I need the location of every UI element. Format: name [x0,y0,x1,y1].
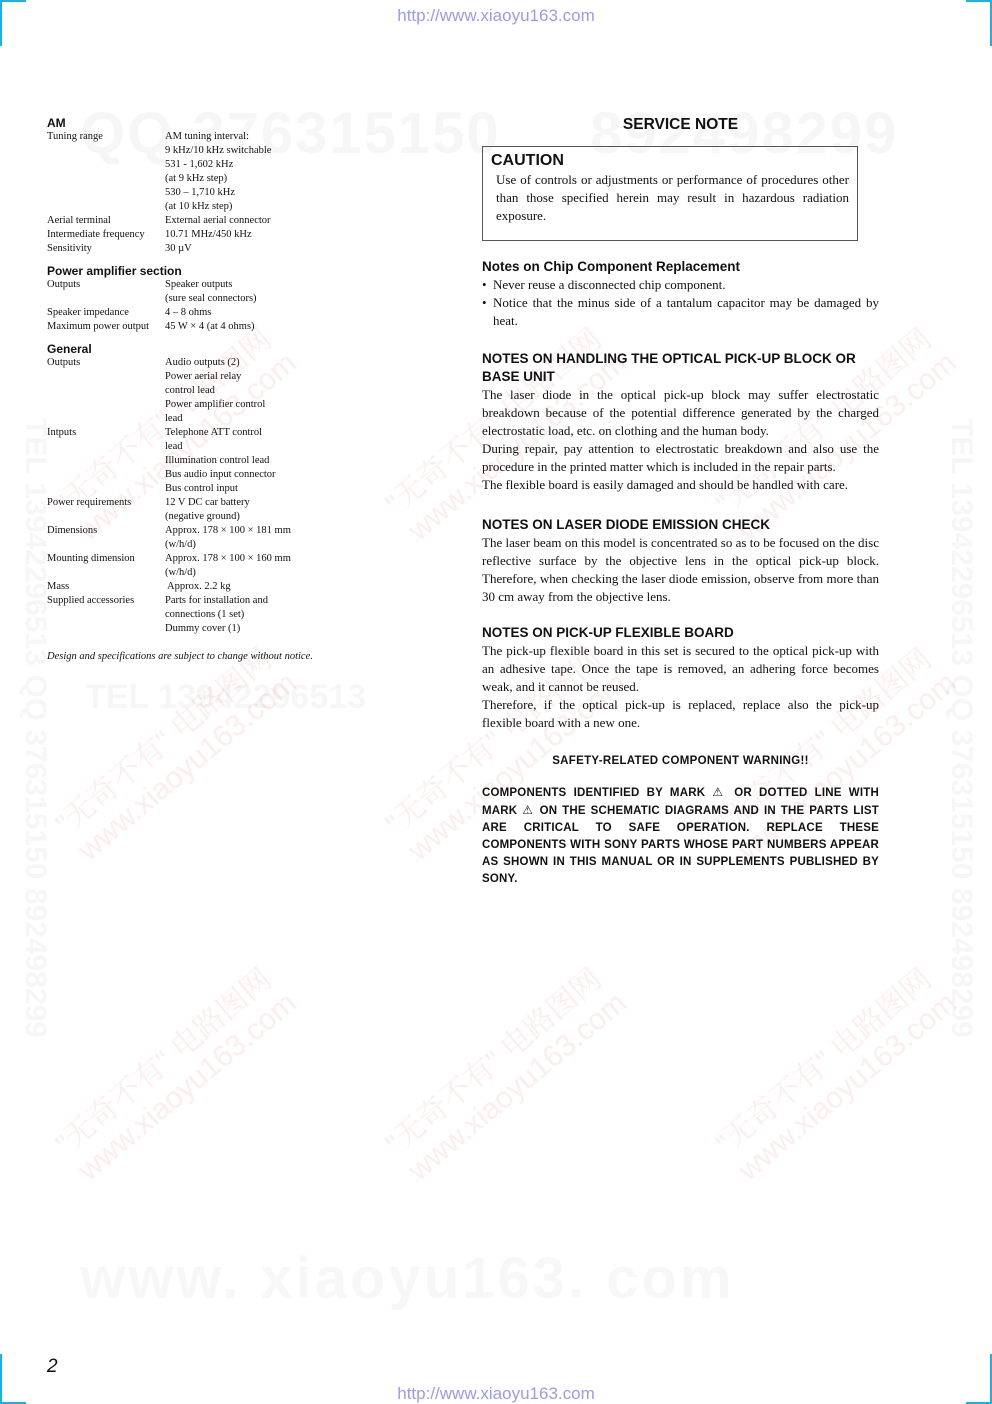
spec-row: Mass Approx. 2.2 kg [47,580,317,594]
caution-box: CAUTION Use of controls or adjustments o… [482,146,858,241]
spec-label: Aerial terminal [47,214,165,228]
safety-warning-title: SAFETY-RELATED COMPONENT WARNING!! [482,752,879,770]
caution-title: CAUTION [491,151,849,171]
warning-triangle-icon: ⚠ [522,803,534,817]
spec-label: Speaker impedance [47,306,165,320]
watermark-vertical-right: TEL 13942296513 QQ 376315150 892498299 [944,418,978,1038]
spec-value: Telephone ATT controlleadIllumination co… [165,426,317,496]
list-item: •Never reuse a disconnected chip compone… [482,276,879,294]
paragraph: Therefore, if the optical pick-up is rep… [482,696,879,732]
laser-check-section: NOTES ON LASER DIODE EMISSION CHECK The … [482,516,879,606]
spec-label: Maximum power output [47,320,165,334]
spec-section-heading: Power amplifier section [47,264,317,278]
spec-row: Maximum power output45 W × 4 (at 4 ohms) [47,320,317,334]
spec-value: 45 W × 4 (at 4 ohms) [165,320,317,334]
spec-value: External aerial connector [165,214,317,228]
caution-text: Use of controls or adjustments or perfor… [496,171,849,225]
chip-replacement-section: Notes on Chip Component Replacement •Nev… [482,258,879,330]
laser-check-heading: NOTES ON LASER DIODE EMISSION CHECK [482,516,879,534]
list-item: •Notice that the minus side of a tantalu… [482,294,879,330]
spec-row: Tuning rangeAM tuning interval:9 kHz/10 … [47,130,317,214]
spec-value: Parts for installation andconnections (1… [165,594,317,636]
spec-label: Sensitivity [47,242,165,256]
spec-value: Speaker outputs(sure seal connectors) [165,278,317,306]
spec-value: 10.71 MHz/450 kHz [165,228,317,242]
spec-row: Supplied accessoriesParts for installati… [47,594,317,636]
spec-label: Power requirements [47,496,165,524]
spec-label: Outputs [47,278,165,306]
paragraph: The laser beam on this model is concentr… [482,534,879,606]
chip-replacement-list: •Never reuse a disconnected chip compone… [482,276,879,330]
paragraph: The flexible board is easily damaged and… [482,476,879,494]
handling-section: NOTES ON HANDLING THE OPTICAL PICK-UP BL… [482,350,879,494]
handling-heading: NOTES ON HANDLING THE OPTICAL PICK-UP BL… [482,350,879,386]
spec-label: Mounting dimension [47,552,165,580]
spec-label: Intermediate frequency [47,228,165,242]
spec-label: Intputs [47,426,165,496]
watermark-red: "无奇不有" 电路图网www.xiaoyu163.com [50,960,303,1188]
service-note-title: SERVICE NOTE [482,116,879,134]
paragraph: The pick-up flexible board in this set i… [482,642,879,696]
spec-section-heading: AM [47,116,317,130]
watermark-site: www. xiaoyu163. com [80,1245,734,1312]
spec-value: Approx. 178 × 100 × 181 mm(w/h/d) [165,524,317,552]
spec-label: Dimensions [47,524,165,552]
spec-label: Tuning range [47,130,165,214]
flexible-board-heading: NOTES ON PICK-UP FLEXIBLE BOARD [482,624,879,642]
paragraph: During repair, pay attention to electros… [482,440,879,476]
spec-row: Mounting dimensionApprox. 178 × 100 × 16… [47,552,317,580]
service-note: SERVICE NOTE CAUTION Use of controls or … [482,116,879,888]
watermark-red: "无奇不有" 电路图网www.xiaoyu163.com [380,960,633,1188]
safety-warning-text: COMPONENTS IDENTIFIED BY MARK ⚠ OR DOTTE… [482,784,879,888]
watermark-tel: TEL 13942296513 [85,678,366,717]
spec-row: Intermediate frequency10.71 MHz/450 kHz [47,228,317,242]
spec-value: AM tuning interval:9 kHz/10 kHz switchab… [165,130,317,214]
spec-row: Power requirements12 V DC car battery(ne… [47,496,317,524]
spec-section-heading: General [47,342,317,356]
spec-row: Speaker impedance4 – 8 ohms [47,306,317,320]
spec-value: 30 µV [165,242,317,256]
spec-value: Audio outputs (2)Power aerial relaycontr… [165,356,317,426]
flexible-board-section: NOTES ON PICK-UP FLEXIBLE BOARD The pick… [482,624,879,732]
spec-value: Approx. 2.2 kg [165,580,317,594]
spec-label: Supplied accessories [47,594,165,636]
watermark-red: "无奇不有" 电路图网www.xiaoyu163.com [50,640,303,868]
warning-triangle-icon: ⚠ [712,785,727,799]
spec-row: DimensionsApprox. 178 × 100 × 181 mm(w/h… [47,524,317,552]
spec-row: IntputsTelephone ATT controlleadIllumina… [47,426,317,496]
spec-row: Aerial terminalExternal aerial connector [47,214,317,228]
spec-row: Sensitivity30 µV [47,242,317,256]
spec-value: 4 – 8 ohms [165,306,317,320]
spec-value: Approx. 178 × 100 × 160 mm(w/h/d) [165,552,317,580]
spec-label: Mass [47,580,165,594]
spec-label: Outputs [47,356,165,426]
specifications: AMTuning rangeAM tuning interval:9 kHz/1… [47,116,317,664]
footer-url[interactable]: http://www.xiaoyu163.com [0,1384,992,1404]
spec-row: OutputsSpeaker outputs(sure seal connect… [47,278,317,306]
chip-replacement-heading: Notes on Chip Component Replacement [482,258,879,276]
spec-disclaimer: Design and specifications are subject to… [47,650,317,664]
paragraph: The laser diode in the optical pick-up b… [482,386,879,440]
spec-row: OutputsAudio outputs (2)Power aerial rel… [47,356,317,426]
page-number: 2 [47,1356,58,1378]
watermark-red: "无奇不有" 电路图网www.xiaoyu163.com [710,960,963,1188]
header-url[interactable]: http://www.xiaoyu163.com [0,6,992,26]
spec-value: 12 V DC car battery(negative ground) [165,496,317,524]
